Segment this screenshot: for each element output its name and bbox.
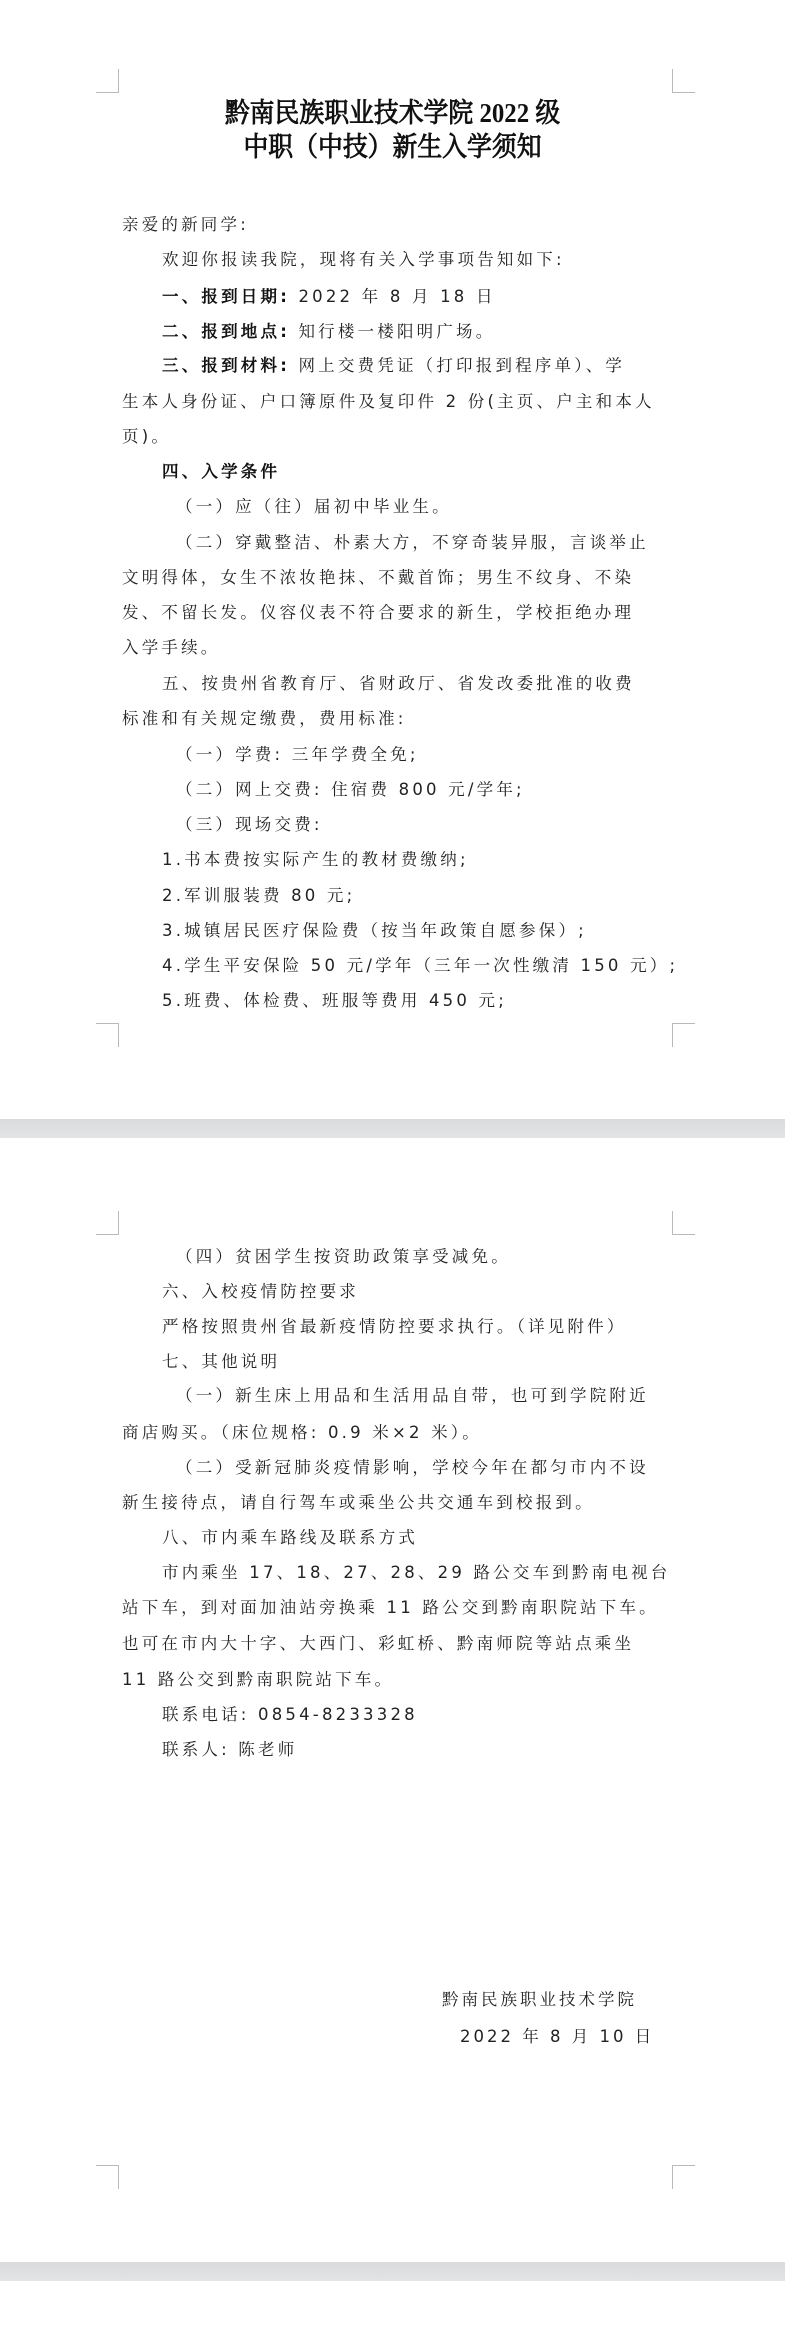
margin-corner-mark-top-left [96, 1211, 119, 1235]
margin-corner-mark-bottom-right [672, 2165, 695, 2189]
paragraph-line: 页)。 [122, 425, 171, 449]
paragraph-line: （一）应（往）届初中毕业生。 [176, 495, 452, 519]
paragraph-line: 新生接待点，请自行驾车或乘坐公共交通车到校报到。 [122, 1491, 595, 1515]
paragraph-line: 也可在市内大十字、大西门、彩虹桥、黔南师院等站点乘坐 [122, 1632, 634, 1656]
paragraph-line: 五、按贵州省教育厅、省财政厅、省发改委批准的收费 [162, 672, 635, 696]
paragraph-line: 亲爱的新同学: [122, 213, 249, 237]
report-materials-line: 三、报到材料: 网上交费凭证（打印报到程序单）、学 [162, 354, 625, 378]
margin-corner-mark-bottom-right [672, 1023, 695, 1047]
report-location-line: 二、报到地点: 知行楼一楼阳明广场。 [162, 320, 495, 344]
margin-corner-mark-bottom-left [96, 1023, 119, 1047]
signature-organization: 黔南民族职业技术学院 [442, 1988, 637, 2012]
report-date-label: 一、报到日期: [162, 287, 290, 306]
paragraph-line: 标准和有关规定缴费，费用标准: [122, 707, 407, 731]
paragraph-line: （一）新生床上用品和生活用品自带，也可到学院附近 [176, 1384, 649, 1408]
document-page-3-top [0, 2281, 785, 2327]
fee-subitem: 3.城镇居民医疗保险费（按当年政策自愿参保）; [162, 919, 587, 943]
document-page-1: 黔南民族职业技术学院 2022 级 中职（中技）新生入学须知 亲爱的新同学: 欢… [0, 0, 785, 1119]
contact-phone: 联系电话: 0854-8233328 [162, 1703, 418, 1727]
fee-subitem: 2.军训服装费 80 元; [162, 884, 355, 908]
signature-date: 2022 年 8 月 10 日 [460, 2025, 654, 2049]
margin-corner-mark-top-left [96, 69, 119, 93]
paragraph-line: 市内乘坐 17、18、27、28、29 路公交车到黔南电视台 [162, 1561, 670, 1585]
document-title-line-1: 黔南民族职业技术学院 2022 级 [31, 97, 753, 129]
paragraph-line: 欢迎你报读我院，现将有关入学事项告知如下: [162, 248, 565, 272]
report-location-label: 二、报到地点: [162, 322, 290, 341]
report-materials-label: 三、报到材料: [162, 356, 290, 375]
page-separator [0, 1119, 785, 1138]
paragraph-line: 商店购买。（床位规格: 0.9 米×2 米）。 [122, 1421, 482, 1445]
fee-item: （二）网上交费: 住宿费 800 元/学年; [176, 778, 525, 802]
section-heading-admission: 四、入学条件 [162, 460, 280, 484]
fee-subitem: 4.学生平安保险 50 元/学年（三年一次性缴清 150 元）; [162, 954, 678, 978]
margin-corner-mark-bottom-left [96, 2165, 119, 2189]
fee-item: （三）现场交费: [176, 813, 323, 837]
contact-person: 联系人: 陈老师 [162, 1738, 297, 1762]
section-heading-transport: 八、市内乘车路线及联系方式 [162, 1526, 418, 1550]
paragraph-line: 发、不留长发。仪容仪表不符合要求的新生，学校拒绝办理 [122, 601, 634, 625]
paragraph-line: 11 路公交到黔南职院站下车。 [122, 1668, 394, 1692]
section-heading-other: 七、其他说明 [162, 1350, 280, 1374]
paragraph-line: 生本人身份证、户口簿原件及复印件 2 份(主页、户主和本人 [122, 390, 655, 414]
document-title-line-2: 中职（中技）新生入学须知 [31, 131, 753, 163]
paragraph-line: 入学手续。 [122, 636, 221, 660]
paragraph-line: （二）穿戴整洁、朴素大方，不穿奇装异服，言谈举止 [176, 531, 649, 555]
paragraph-line: 文明得体，女生不浓妆艳抹、不戴首饰；男生不纹身、不染 [122, 566, 634, 590]
paragraph-line: （二）受新冠肺炎疫情影响，学校今年在都匀市内不设 [176, 1456, 649, 1480]
page-separator [0, 2262, 785, 2281]
margin-corner-mark-top-right [672, 1211, 695, 1235]
fee-subitem: 1.书本费按实际产生的教材费缴纳; [162, 848, 469, 872]
section-heading-epidemic: 六、入校疫情防控要求 [162, 1280, 359, 1304]
fee-subitem: 5.班费、体检费、班服等费用 450 元; [162, 989, 507, 1013]
paragraph-line: 严格按照贵州省最新疫情防控要求执行。（详见附件） [162, 1315, 627, 1339]
paragraph-line: 站下车，到对面加油站旁换乘 11 路公交到黔南职院站下车。 [122, 1596, 659, 1620]
fee-item: （一）学费: 三年学费全免; [176, 743, 419, 767]
fee-item: （四）贫困学生按资助政策享受减免。 [176, 1245, 511, 1269]
report-date-line: 一、报到日期: 2022 年 8 月 18 日 [162, 285, 496, 309]
margin-corner-mark-top-right [672, 69, 695, 93]
document-page-2: （四）贫困学生按资助政策享受减免。 六、入校疫情防控要求 严格按照贵州省最新疫情… [0, 1138, 785, 2262]
